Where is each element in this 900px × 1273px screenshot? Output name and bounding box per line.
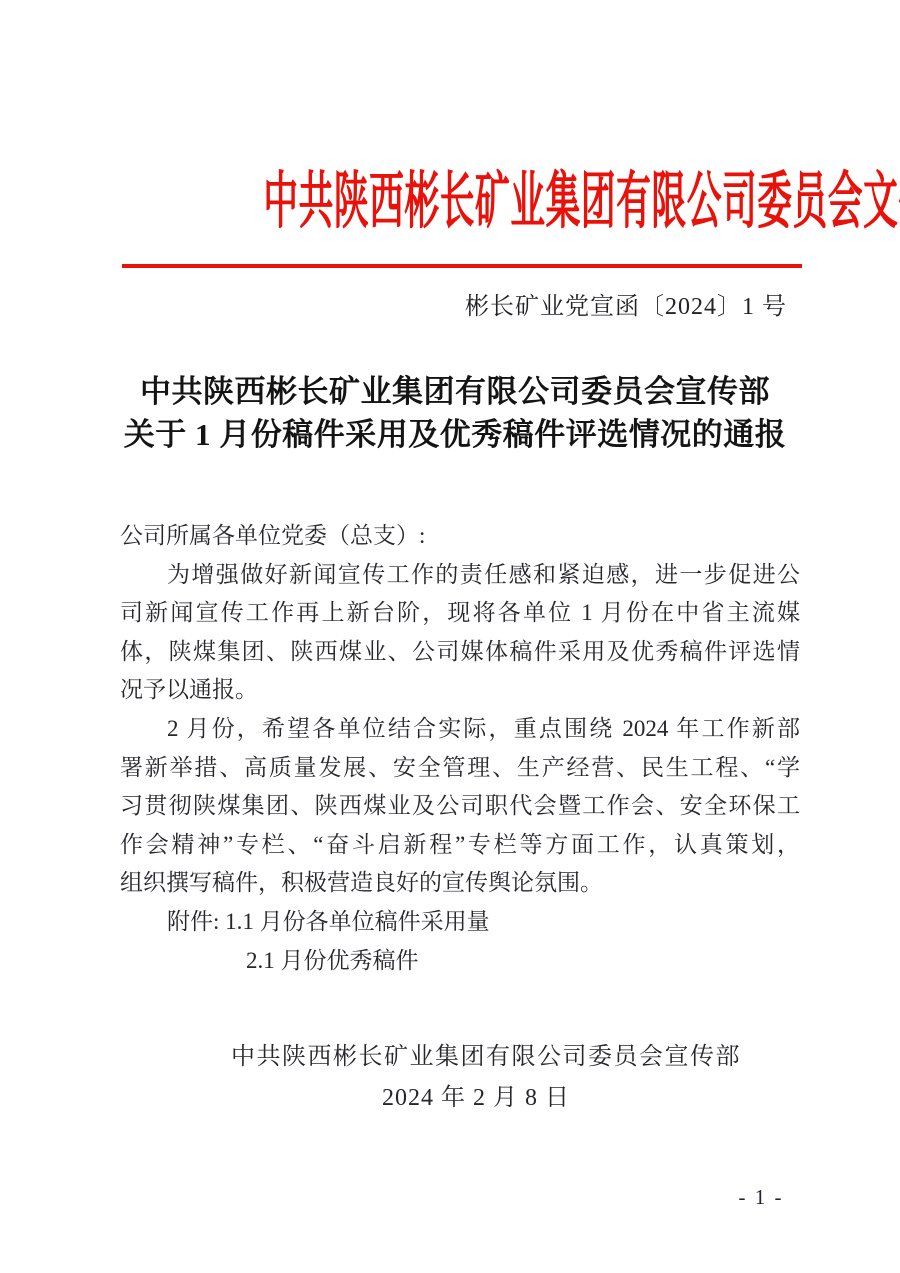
body-line: 为增强做好新闻宣传工作的责任感和紧迫感，进一步促进公 — [120, 556, 800, 595]
signature-organization: 中共陕西彬长矿业集团有限公司委员会宣传部 — [146, 1036, 826, 1071]
body-line: 组织撰写稿件，积极营造良好的宣传舆论氛围。 — [120, 864, 800, 903]
letterhead: 中共陕西彬长矿业集团有限公司委员会文件 — [0, 166, 900, 238]
document-title: 中共陕西彬长矿业集团有限公司委员会宣传部 关于 1 月份稿件采用及优秀稿件评选情… — [110, 370, 800, 456]
attachment-line-1: 附件: 1.1 月份各单位稿件采用量 — [120, 903, 800, 942]
body-line: 作会精神”专栏、“奋斗启新程”专栏等方面工作，认真策划， — [120, 826, 800, 865]
document-body: 公司所属各单位党委（总支）: 为增强做好新闻宣传工作的责任感和紧迫感，进一步促进… — [120, 517, 800, 980]
body-line: 司新闻宣传工作再上新台阶，现将各单位 1 月份在中省主流媒 — [120, 594, 800, 633]
scanned-official-document-page: 中共陕西彬长矿业集团有限公司委员会文件 彬长矿业党宣函〔2024〕1 号 中共陕… — [0, 0, 900, 1273]
body-line: 署新举措、高质量发展、安全管理、生产经营、民生工程、“学 — [120, 749, 800, 788]
document-title-line-2: 关于 1 月份稿件采用及优秀稿件评选情况的通报 — [110, 413, 800, 456]
body-line: 况予以通报。 — [120, 671, 800, 710]
body-line: 2 月份，希望各单位结合实际，重点围绕 2024 年工作新部 — [120, 710, 800, 749]
body-line: 习贯彻陕煤集团、陕西煤业及公司职代会暨工作会、安全环保工 — [120, 787, 800, 826]
salutation-line: 公司所属各单位党委（总支）: — [120, 517, 800, 556]
red-divider-line — [122, 264, 802, 268]
signature-date: 2024 年 2 月 8 日 — [136, 1077, 816, 1112]
attachment-line-2: 2.1 月份优秀稿件 — [120, 942, 800, 981]
body-line: 体，陕煤集团、陕西煤业、公司媒体稿件采用及优秀稿件评选情 — [120, 633, 800, 672]
document-title-line-1: 中共陕西彬长矿业集团有限公司委员会宣传部 — [110, 370, 800, 413]
page-number: - 1 - — [701, 1185, 821, 1210]
document-reference-number: 彬长矿业党宣函〔2024〕1 号 — [120, 286, 787, 321]
letterhead-org-title: 中共陕西彬长矿业集团有限公司委员会文件 — [263, 166, 900, 238]
